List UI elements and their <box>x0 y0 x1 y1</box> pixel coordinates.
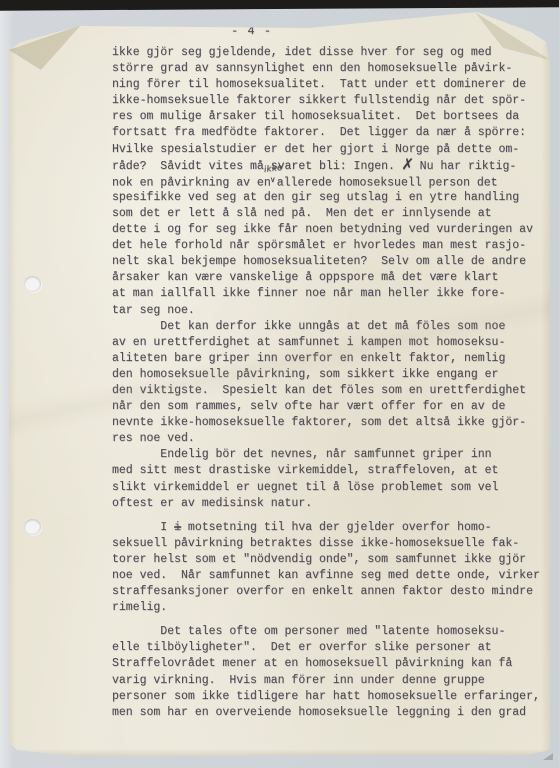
text-line: slikt virkemiddel er uegnet til å löse p… <box>112 480 558 496</box>
punch-hole-top <box>24 276 41 292</box>
text-segment: Nu har riktig- <box>413 160 517 173</box>
text-line: når den som rammes, selv ofte har vært o… <box>112 399 558 415</box>
text-line: större grad av sannsynlighet enn den hom… <box>112 61 558 77</box>
text-line: oftest er av medisinsk natur. <box>112 496 558 512</box>
text-line: den homoseksuelle påvirkning, som sikker… <box>112 367 558 383</box>
text-segment: allerede homoseksuell person det <box>277 176 498 189</box>
punch-hole-bottom <box>24 519 41 535</box>
text-line: at man iallfall ikke finner noe når man … <box>112 286 558 302</box>
handwritten-insertion: ∨ikke <box>271 174 277 186</box>
text-body: ikke gjör seg gjeldende, idet disse hver… <box>112 45 558 721</box>
text-line: seksuell påvirkning betraktes disse ikke… <box>112 536 558 552</box>
text-segment: råde? Såvidt vites må svaret bli: Ingen. <box>112 160 402 173</box>
text-line: I i motsetning til hva der gjelder overf… <box>112 520 558 536</box>
text-line: ikke gjör seg gjeldende, idet disse hver… <box>112 45 558 61</box>
text-line: det hele forhold når spörsmålet er hvorl… <box>112 238 558 254</box>
text-line: med sitt mest drastiske virkemiddel, str… <box>112 463 558 479</box>
text-line: spesifikke ved seg at den gir seg utslag… <box>112 190 558 206</box>
text-line: nok en påvirkning av en∨ikkeallerede hom… <box>112 174 558 190</box>
handwritten-check-mark-icon: ✗ <box>401 155 414 176</box>
text-line: råde? Såvidt vites må svaret bli: Ingen.… <box>112 158 558 174</box>
text-line: Endelig bör det nevnes, når samfunnet gr… <box>112 447 558 463</box>
text-line: tar seg noe. <box>112 303 558 319</box>
text-line: Hvilke spesialstudier er det her gjort i… <box>112 142 558 158</box>
text-segment: motsetning til hva der gjelder overfor h… <box>181 521 492 534</box>
text-line: personer som ikke tidligere har hatt hom… <box>112 689 558 705</box>
text-line: res noe ved. <box>112 431 558 447</box>
scanner-edge-band <box>0 0 559 11</box>
text-line: men som har en overveiende homoseksuelle… <box>112 705 558 721</box>
document-scan: - 4 - ikke gjör seg gjeldende, idet diss… <box>0 0 559 768</box>
text-line: straffesanksjoner overfor en enkelt anne… <box>112 584 558 600</box>
text-line: Straffelovrådet mener at en homoseksuell… <box>112 656 558 672</box>
text-line: fortsatt fra medfödte faktorer. Det ligg… <box>112 125 558 141</box>
text-line: rimelig. <box>112 600 558 616</box>
text-line: som det er lett å slå ned på. Men det er… <box>112 206 558 222</box>
paragraph: Endelig bör det nevnes, når samfunnet gr… <box>112 447 558 511</box>
text-line: nevnte ikke-homoseksuelle faktorer, som … <box>112 415 558 431</box>
text-line: ikke-homseksuelle faktorer sikkert fulls… <box>112 93 558 109</box>
paper-corner-shadow <box>543 753 553 760</box>
text-line: ning förer til homoseksualitet. Tatt und… <box>112 77 558 93</box>
text-line: av en urettferdighet at samfunnet i kamp… <box>112 335 558 351</box>
text-line: varig virkning. Hvis man förer inn under… <box>112 673 558 689</box>
text-line: Det tales ofte om personer med "latente … <box>112 624 558 640</box>
text-line: nelt skal bekjempe homoseksualiteten? Se… <box>112 254 558 270</box>
paragraph: Det tales ofte om personer med "latente … <box>112 624 558 721</box>
text-line: årsaker kan være vanskelige å oppspore m… <box>112 270 558 286</box>
text-line: Det kan derfor ikke unngås at det må föl… <box>112 319 558 335</box>
paper-page: - 4 - ikke gjör seg gjeldende, idet diss… <box>9 6 550 758</box>
text-line: elle tilböyligheter". Det er overfor sli… <box>112 640 558 656</box>
text-line: noe ved. Når samfunnet kan avfinne seg m… <box>112 568 558 584</box>
struck-out-character: i <box>174 521 181 534</box>
text-segment: I <box>112 521 174 534</box>
text-line: dette i og for seg ikke får noen betydni… <box>112 222 558 238</box>
inserted-word: ikke <box>263 164 283 175</box>
insertion-caret-icon: ∨ <box>270 176 276 184</box>
paragraph: Det kan derfor ikke unngås at det må föl… <box>112 319 558 448</box>
page-number: - 4 - <box>231 24 272 38</box>
paragraph: I i motsetning til hva der gjelder overf… <box>112 520 558 617</box>
text-line: res om mulige årsaker til homoseksualite… <box>112 109 558 125</box>
paragraph: ikke gjör seg gjeldende, idet disse hver… <box>112 45 558 319</box>
text-line: den viktigste. Spesielt kan det föles so… <box>112 383 558 399</box>
text-line: torer helst som et "nödvendig onde", som… <box>112 552 558 568</box>
text-line: aliteten bare griper inn overfor en enke… <box>112 351 558 367</box>
text-segment: nok en påvirkning av en <box>112 176 271 189</box>
